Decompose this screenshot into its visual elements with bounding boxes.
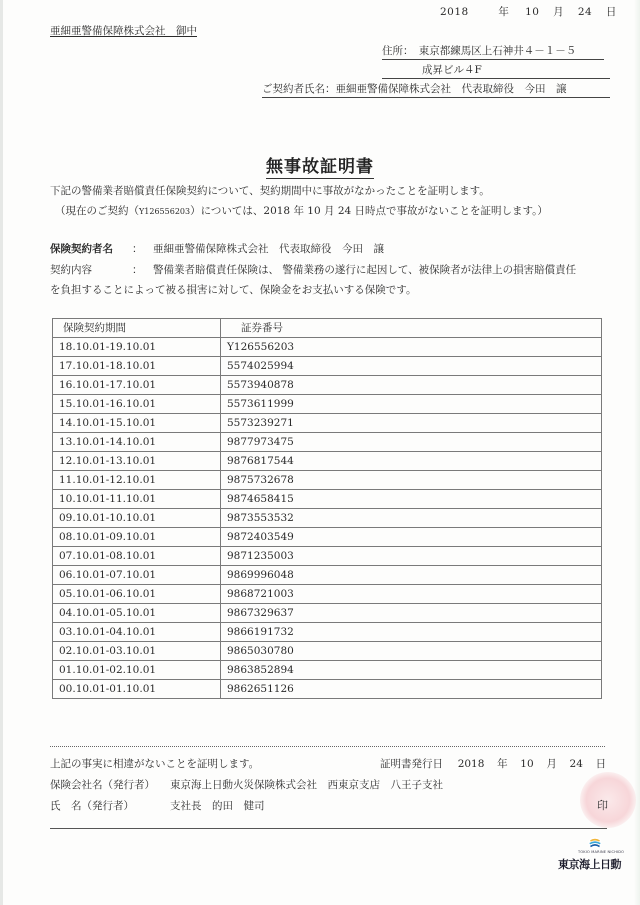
header-policy-number: 証券番号: [221, 319, 602, 338]
page-title: 無事故証明書: [0, 152, 640, 177]
period-cell: 01.10.01-02.10.01: [53, 661, 221, 680]
policy-number-cell: 5574025994: [221, 357, 602, 376]
content-value-line-2: を負担することによって被る損害に対して、保険金をお支払いする保険です。: [50, 282, 416, 297]
period-cell: 12.10.01-13.10.01: [53, 452, 221, 471]
table-row: 18.10.01-19.10.01Y126556203: [53, 338, 602, 357]
table-row: 11.10.01-12.10.019875732678: [53, 471, 602, 490]
building-text: 成昇ビル４F: [422, 64, 482, 76]
table-row: 01.10.01-02.10.019863852894: [53, 661, 602, 680]
date-day: 24: [578, 6, 592, 18]
table-row: 12.10.01-13.10.019876817544: [53, 452, 602, 471]
table-row: 08.10.01-09.10.019872403549: [53, 528, 602, 547]
table-row: 04.10.01-05.10.019867329637: [53, 604, 602, 623]
title-text: 無事故証明書: [266, 157, 374, 179]
period-cell: 10.10.01-11.10.01: [53, 490, 221, 509]
footer-divider: [50, 828, 607, 829]
addressee: 亜細亜警備保障株式会社 御中: [50, 23, 197, 38]
table-row: 02.10.01-03.10.019865030780: [53, 642, 602, 661]
dotted-divider: [50, 746, 605, 747]
address-text: 住所： 東京都練馬区上石神井４－１－５: [382, 45, 576, 57]
period-cell: 18.10.01-19.10.01: [53, 338, 221, 357]
issue-date-label: 証明書発行日: [380, 756, 443, 771]
issue-day: 24: [570, 758, 583, 770]
contractor-name-text: ご契約者氏名：亜細亜警備保障株式会社 代表取締役 今田 譲: [262, 83, 567, 95]
intro-suffix: ）については、2018 年 10 月 24 日時点で事故がないことを証明します。…: [190, 205, 548, 217]
table-row: 16.10.01-17.10.015573940878: [53, 376, 602, 395]
policy-number-cell: 9863852894: [221, 661, 602, 680]
table-row: 06.10.01-07.10.019869996048: [53, 566, 602, 585]
period-cell: 13.10.01-14.10.01: [53, 433, 221, 452]
policy-number-cell: 9869996048: [221, 566, 602, 585]
date-day-unit: 日: [606, 4, 617, 19]
table-row: 09.10.01-10.10.019873553532: [53, 509, 602, 528]
content-value-line-1: 警備業者賠償責任保険は、 警備業務の遂行に起因して、被保険者が法律上の損害賠償責…: [153, 262, 576, 277]
policy-number-cell: 9867329637: [221, 604, 602, 623]
period-cell: 06.10.01-07.10.01: [53, 566, 221, 585]
issue-date: 証明書発行日 2018 年 10 月 24 日: [380, 756, 606, 771]
policy-number-cell: 9866191732: [221, 623, 602, 642]
policy-number-cell: 5573239271: [221, 414, 602, 433]
table-row: 05.10.01-06.10.019868721003: [53, 585, 602, 604]
period-cell: 08.10.01-09.10.01: [53, 528, 221, 547]
policy-number-cell: 9871235003: [221, 547, 602, 566]
certification-statement: 上記の事実に相違がないことを証明します。: [50, 756, 259, 771]
policy-number-cell: 9868721003: [221, 585, 602, 604]
logo-subtext: TOKIO MARINE NICHIDO: [578, 850, 624, 854]
issue-year-unit: 年: [497, 756, 508, 771]
table-row: 14.10.01-15.10.015573239271: [53, 414, 602, 433]
document-date: 2018 年 10 月 24 日: [440, 4, 617, 19]
scan-edge-left: [0, 0, 3, 905]
period-cell: 02.10.01-03.10.01: [53, 642, 221, 661]
period-cell: 14.10.01-15.10.01: [53, 414, 221, 433]
date-month: 10: [525, 6, 539, 18]
table-row: 10.10.01-11.10.019874658415: [53, 490, 602, 509]
holder-colon: ：: [132, 241, 143, 256]
date-year: 2018: [440, 6, 469, 18]
insurer-label: 保険会社名（発行者）: [50, 777, 155, 792]
intro-line-2: （現在のご契約（Y126556203）については、2018 年 10 月 24 …: [55, 203, 548, 218]
contractor-name-line: ご契約者氏名：亜細亜警備保障株式会社 代表取締役 今田 譲: [262, 81, 610, 98]
table-header-row: 保険契約期間 証券番号: [53, 319, 602, 338]
policy-number-cell: 9873553532: [221, 509, 602, 528]
issuer-name-label: 氏 名（発行者）: [50, 798, 134, 813]
date-year-unit: 年: [498, 4, 509, 19]
policy-number-cell: 9865030780: [221, 642, 602, 661]
period-cell: 11.10.01-12.10.01: [53, 471, 221, 490]
policy-number-cell: 9877973475: [221, 433, 602, 452]
table-row: 15.10.01-16.10.015573611999: [53, 395, 602, 414]
policy-number-cell: 9874658415: [221, 490, 602, 509]
table-row: 17.10.01-18.10.015574025994: [53, 357, 602, 376]
policy-number-cell: Y126556203: [221, 338, 602, 357]
policy-number-cell: 9876817544: [221, 452, 602, 471]
table-row: 13.10.01-14.10.019877973475: [53, 433, 602, 452]
policy-number-cell: 5573611999: [221, 395, 602, 414]
current-policy-number: Y126556203: [139, 207, 190, 216]
period-cell: 15.10.01-16.10.01: [53, 395, 221, 414]
address-line-1: 住所： 東京都練馬区上石神井４－１－５: [382, 43, 604, 60]
intro-prefix: （現在のご契約（: [55, 205, 139, 217]
content-colon: ：: [132, 262, 143, 277]
policy-number-cell: 9862651126: [221, 680, 602, 699]
table-row: 00.10.01-01.10.019862651126: [53, 680, 602, 699]
period-cell: 16.10.01-17.10.01: [53, 376, 221, 395]
period-cell: 17.10.01-18.10.01: [53, 357, 221, 376]
period-cell: 09.10.01-10.10.01: [53, 509, 221, 528]
policy-number-cell: 9872403549: [221, 528, 602, 547]
period-cell: 07.10.01-08.10.01: [53, 547, 221, 566]
logo-company-name: 東京海上日動: [558, 856, 621, 872]
intro-line-1: 下記の警備業者賠償責任保険契約について、契約期間中に事故がなかったことを証明しま…: [50, 183, 490, 198]
issue-month-unit: 月: [546, 756, 557, 771]
issue-month: 10: [520, 758, 533, 770]
table-row: 03.10.01-04.10.019866191732: [53, 623, 602, 642]
holder-value: 亜細亜警備保障株式会社 代表取締役 今田 譲: [153, 241, 384, 256]
period-cell: 00.10.01-01.10.01: [53, 680, 221, 699]
policy-history-table: 保険契約期間 証券番号 18.10.01-19.10.01Y126556203 …: [52, 318, 602, 699]
policy-number-cell: 9875732678: [221, 471, 602, 490]
issue-day-unit: 日: [596, 756, 607, 771]
period-cell: 03.10.01-04.10.01: [53, 623, 221, 642]
table-row: 07.10.01-08.10.019871235003: [53, 547, 602, 566]
period-cell: 04.10.01-05.10.01: [53, 604, 221, 623]
date-month-unit: 月: [553, 4, 564, 19]
policy-number-cell: 5573940878: [221, 376, 602, 395]
header-period: 保険契約期間: [53, 319, 221, 338]
insurer-value: 東京海上日動火災保険株式会社 西東京支店 八王子支社: [170, 777, 443, 792]
period-cell: 05.10.01-06.10.01: [53, 585, 221, 604]
scan-edge-right: [634, 0, 640, 905]
tokio-marine-logo-icon: [588, 836, 602, 850]
holder-label: 保険契約者名: [50, 241, 113, 256]
company-seal-stamp: [580, 772, 636, 828]
issue-year: 2018: [458, 758, 485, 770]
seal-mark: 印: [597, 797, 608, 813]
issuer-name-value: 支社長 的田 健司: [170, 798, 265, 813]
content-label: 契約内容: [50, 262, 92, 277]
address-line-2: 成昇ビル４F: [382, 62, 610, 79]
